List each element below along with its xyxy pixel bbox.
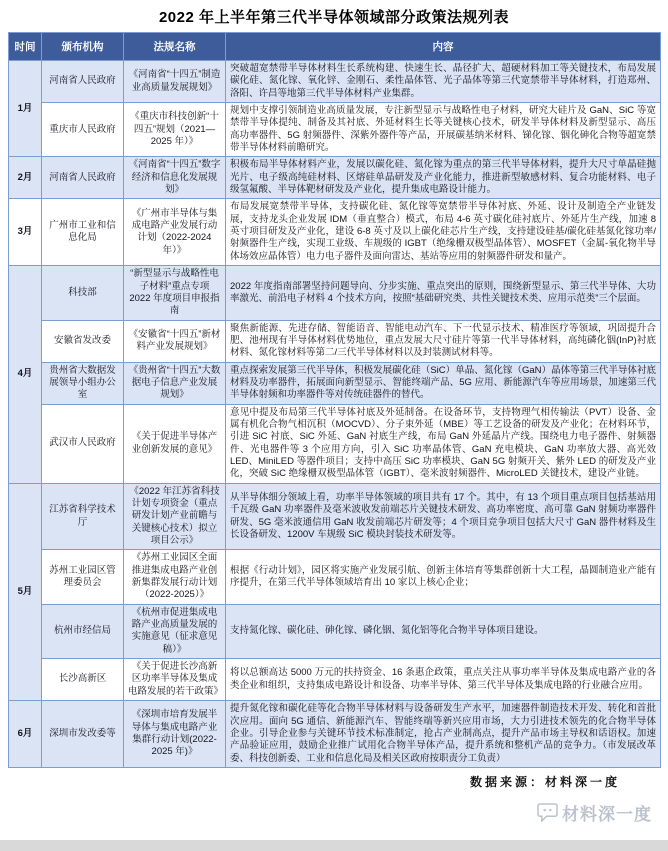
name-cell: 《安徽省“十四五”新材料产业发展规划》 [124, 320, 226, 362]
watermark-text: 材料深一度 [562, 800, 652, 825]
table-row: 苏州工业园区管理委员会《苏州工业园区全面推进集成电路产业创新集群发展行动计划（2… [9, 550, 661, 604]
content-cell: 聚焦新能源、先进存储、智能语音、智能电动汽车、下一代显示技术、精准医疗等领域，巩… [226, 320, 661, 362]
name-cell: 《2022 年江苏省科技计划专项资金（重点研发计划产业前瞻与关键核心技术）拟立项… [124, 483, 226, 550]
month-cell: 1月 [9, 61, 42, 157]
org-cell: 深圳市发改委等 [42, 701, 124, 768]
name-cell: 《苏州工业园区全面推进集成电路产业创新集群发展行动计划（2022-2025）》 [124, 550, 226, 604]
table-row: 杭州市经信局《杭州市促进集成电路产业高质量发展的实施意见（征求意见稿）》支持氮化… [9, 604, 661, 658]
month-cell: 2月 [9, 157, 42, 199]
table-row: 贵州省大数据发展领导小组办公室《贵州省“十四五”大数据电子信息产业发展规划》重点… [9, 362, 661, 404]
watermark: 材料深一度 [537, 800, 652, 825]
table-row: 1月河南省人民政府《河南省“十四五”制造业高质量发展规划》突破超宽禁带半导体材料… [9, 61, 661, 103]
month-cell: 4月 [9, 266, 42, 484]
name-cell: 《关于促进长沙高新区功率半导体及集成电路发展的若干政策》 [124, 659, 226, 701]
table-body: 1月河南省人民政府《河南省“十四五”制造业高质量发展规划》突破超宽禁带半导体材料… [9, 61, 661, 768]
name-cell: 《河南省“十四五”数字经济和信息化发展规划》 [124, 157, 226, 199]
content-cell: 意见中提及布局第三代半导体衬底及外延制备。在设备环节，支持物理气相传输法（PVT… [226, 404, 661, 483]
content-cell: 根据《行动计划》，园区将实施产业发展引航、创新主体培育等集群创新十大工程，晶圆制… [226, 550, 661, 604]
content-cell: 重点探索发展第三代半导体，积极发展碳化硅（SiC）单晶、氮化镓（GaN）晶体等第… [226, 362, 661, 404]
org-cell: 长沙高新区 [42, 659, 124, 701]
content-cell: 积极布局半导体材料产业，发展以碳化硅、氮化镓为重点的第三代半导体材料，提升大尺寸… [226, 157, 661, 199]
table-row: 4月科技部“新型显示与战略性电子材料”重点专项 2022 年度项目申报指南202… [9, 266, 661, 320]
page-title: 2022 年上半年第三代半导体领域部分政策法规列表 [0, 6, 668, 27]
column-header: 法规名称 [124, 33, 226, 61]
org-cell: 苏州工业园区管理委员会 [42, 550, 124, 604]
article-page: 2022 年上半年第三代半导体领域部分政策法规列表 时间颁布机构法规名称内容 1… [0, 0, 668, 851]
org-cell: 河南省人民政府 [42, 157, 124, 199]
table-row: 6月深圳市发改委等《深圳市培育发展半导体与集成电路产业集群行动计划(2022-2… [9, 701, 661, 768]
content-cell: 突破超宽禁带半导体材料生长系统构建、快速生长、晶径扩大、超硬材料加工等关键技术，… [226, 61, 661, 103]
name-cell: 《深圳市培育发展半导体与集成电路产业集群行动计划(2022-2025 年)》 [124, 701, 226, 768]
name-cell: 《关于促进半导体产业创新发展的意见》 [124, 404, 226, 483]
content-cell: 规划中支撑引领制造业高质量发展，专注新型显示与战略性电子材料，研究大硅片及 Ga… [226, 103, 661, 157]
month-cell: 5月 [9, 483, 42, 701]
table-row: 重庆市人民政府《重庆市科技创新“十四五”规划（2021—2025 年）》规划中支… [9, 103, 661, 157]
table-header-row: 时间颁布机构法规名称内容 [9, 33, 661, 61]
name-cell: 《贵州省“十四五”大数据电子信息产业发展规划》 [124, 362, 226, 404]
month-cell: 3月 [9, 199, 42, 266]
column-header: 时间 [9, 33, 42, 61]
column-header: 颁布机构 [42, 33, 124, 61]
name-cell: 《广州市半导体与集成电路产业发展行动计划（2022-2024 年）》 [124, 199, 226, 266]
column-header: 内容 [226, 33, 661, 61]
org-cell: 河南省人民政府 [42, 61, 124, 103]
table-row: 2月河南省人民政府《河南省“十四五”数字经济和信息化发展规划》积极布局半导体材料… [9, 157, 661, 199]
content-cell: 支持氮化镓、碳化硅、砷化镓、磷化铟、氮化铝等化合物半导体项目建设。 [226, 604, 661, 658]
content-cell: 提升氮化镓和碳化硅等化合物半导体材料与设备研发生产水平，加速器件制造技术开发、转… [226, 701, 661, 768]
name-cell: 《重庆市科技创新“十四五”规划（2021—2025 年）》 [124, 103, 226, 157]
org-cell: 安徽省发改委 [42, 320, 124, 362]
content-cell: 2022 年度指南部署坚持问题导向、分步实施、重点突出的原则，围绕新型显示、第三… [226, 266, 661, 320]
org-cell: 江苏省科学技术厅 [42, 483, 124, 550]
bottom-separator-bar [0, 840, 668, 851]
month-cell: 6月 [9, 701, 42, 768]
table-row: 武汉市人民政府《关于促进半导体产业创新发展的意见》意见中提及布局第三代半导体衬底… [9, 404, 661, 483]
name-cell: “新型显示与战略性电子材料”重点专项 2022 年度项目申报指南 [124, 266, 226, 320]
org-cell: 科技部 [42, 266, 124, 320]
content-cell: 从半导体细分领域上看，功率半导体领域的项目共有 17 个。其中，有 13 个项目… [226, 483, 661, 550]
content-cell: 将以总额高达 5000 万元的扶持资金、16 条惠企政策，重点关注从事功率半导体… [226, 659, 661, 701]
table-row: 5月江苏省科学技术厅《2022 年江苏省科技计划专项资金（重点研发计划产业前瞻与… [9, 483, 661, 550]
policy-table: 时间颁布机构法规名称内容 1月河南省人民政府《河南省“十四五”制造业高质量发展规… [8, 32, 661, 768]
table-row: 安徽省发改委《安徽省“十四五”新材料产业发展规划》聚焦新能源、先进存储、智能语音… [9, 320, 661, 362]
name-cell: 《河南省“十四五”制造业高质量发展规划》 [124, 61, 226, 103]
org-cell: 重庆市人民政府 [42, 103, 124, 157]
data-source-label: 数据来源：材料深一度 [0, 773, 620, 790]
table-row: 3月广州市工业和信息化局《广州市半导体与集成电路产业发展行动计划（2022-20… [9, 199, 661, 266]
org-cell: 广州市工业和信息化局 [42, 199, 124, 266]
org-cell: 杭州市经信局 [42, 604, 124, 658]
org-cell: 武汉市人民政府 [42, 404, 124, 483]
name-cell: 《杭州市促进集成电路产业高质量发展的实施意见（征求意见稿）》 [124, 604, 226, 658]
chat-bubble-icon [537, 803, 558, 822]
org-cell: 贵州省大数据发展领导小组办公室 [42, 362, 124, 404]
table-row: 长沙高新区《关于促进长沙高新区功率半导体及集成电路发展的若干政策》将以总额高达 … [9, 659, 661, 701]
content-cell: 布局发展宽禁带半导体，支持碳化硅、氮化镓等宽禁带半导体衬底、外延、设计及制造全产… [226, 199, 661, 266]
